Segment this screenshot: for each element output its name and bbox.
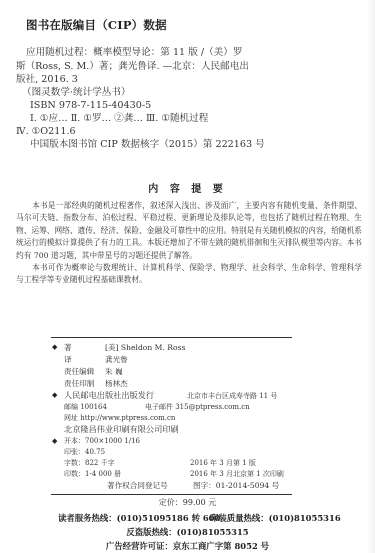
print-supervisor-value: 杨林杰	[105, 378, 128, 389]
contract-value: 图字：01-2014-5094 号	[193, 480, 279, 491]
diamond-bullet-icon: ◆	[52, 437, 57, 445]
divider-bottom	[51, 494, 292, 495]
price: 定价：99.00 元	[0, 497, 375, 508]
cip-line-2: 斯（Ross, S. M.）著；龚光鲁译. —北京：人民邮电出	[16, 60, 249, 74]
editor-value: 朱 巍	[105, 366, 123, 377]
spec-copies: 印数：1-4 000 册	[64, 469, 121, 480]
cip-series: （图灵数学·统计学丛书）	[22, 86, 131, 100]
cip-record-number: 中国版本图书馆 CIP 数据核字（2015）第 222163 号	[30, 138, 265, 152]
divider-top	[51, 337, 292, 338]
author-value: [美] Sheldon M. Ross	[105, 342, 185, 353]
publisher-postcode: 邮编 100164	[64, 402, 107, 413]
spec-words: 字数：822 千字	[64, 458, 115, 469]
summary-paragraph-2-text: 本书可作为概率论与数理统计、计算机科学、保险学、物理学、社会科学、生命科学、管理…	[16, 263, 362, 284]
spec-format: 开本：700×1000 1/16	[64, 436, 140, 447]
contract-label: 著作权合同登记号	[107, 480, 168, 491]
quality-hotline: 印装质量热线：(010)81055316	[210, 512, 341, 524]
cip-heading: 图书在版编目（CIP）数据	[26, 17, 167, 33]
print-supervisor-label: 责任印制	[64, 378, 94, 389]
publisher-website: 网址 http://www.ptpress.com.cn	[64, 413, 175, 424]
author-label: 著	[64, 342, 72, 353]
reader-hotline: 读者服务热线：(010)51095186 转 600	[58, 512, 220, 524]
publisher-address: 北京市丰台区成寿寺路 11 号	[187, 391, 277, 402]
summary-title: 内 容 提 要	[0, 180, 375, 195]
summary-paragraph-1-text: 本书是一部经典的随机过程著作，叙述深入浅出、涉及面广，主要内容有随机变量、条件期…	[16, 201, 362, 260]
publisher-name: 人民邮电出版社出版发行	[64, 390, 154, 401]
summary-paragraph-2: 本书可作为概率论与数理统计、计算机科学、保险学、物理学、社会科学、生命科学、管理…	[16, 262, 362, 287]
printer-name: 北京隆昌伟业印刷有限公司印刷	[64, 424, 179, 435]
cip-isbn: ISBN 978-7-115-40430-5	[30, 99, 151, 113]
summary-paragraph-1: 本书是一部经典的随机过程著作，叙述深入浅出、涉及面广，主要内容有随机变量、条件期…	[16, 200, 362, 262]
cip-classification: Ⅰ. ①应… Ⅱ. ①罗… ②龚… Ⅲ. ①随机过程	[30, 112, 208, 126]
piracy-hotline: 反盗版热线：(010)81055315	[0, 526, 375, 538]
cip-class-number: Ⅳ. ①O211.6	[16, 125, 76, 139]
ad-license: 广告经营许可证：京东工商广字第 8052 号	[0, 540, 375, 552]
page-edge-shadow	[367, 0, 375, 553]
diamond-bullet-icon: ◆	[52, 343, 57, 351]
translator-label: 译	[64, 354, 72, 365]
spec-printing: 2016 年 3 月北京第 1 次印刷	[190, 469, 284, 480]
spec-edition: 2016 年 3 月第 1 版	[190, 458, 256, 469]
cip-line-1: 应用随机过程：概率模型导论：第 11 版 /（美）罗	[26, 46, 242, 60]
spec-sheets: 印张：40.75	[64, 447, 105, 458]
cip-line-3: 版社, 2016. 3	[16, 73, 78, 87]
publisher-email: 电子邮件 315@ptpress.com.cn	[145, 402, 250, 413]
editor-label: 责任编辑	[64, 366, 94, 377]
translator-value: 龚光鲁	[105, 354, 128, 365]
diamond-bullet-icon: ◆	[52, 391, 57, 399]
